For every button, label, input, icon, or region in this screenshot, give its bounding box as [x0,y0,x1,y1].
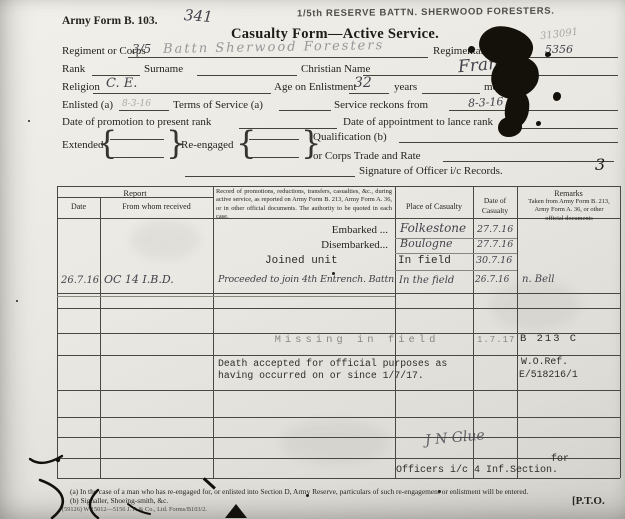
col-header-date-casualty: Date of Casualty [473,196,517,216]
table-rule [395,253,517,254]
age-value: 32 [354,75,372,91]
field-line [349,93,389,94]
entry-record: Proceeded to join 4th Entrench. Battn. [218,274,397,285]
pen-scribbles [0,430,200,519]
qualification-label: Qualification (b) [313,131,387,143]
field-line [399,142,618,143]
ink-speck [536,121,541,126]
table-rule [57,293,620,294]
open-brace: { [236,127,256,159]
regiment-value: Battn Sherwood Foresters [163,38,384,57]
entry-date: 26.7.16. [61,275,102,286]
corps-trade-label: or Corps Trade and Rate [313,150,421,162]
joined-unit-label: Joined unit [265,255,338,267]
col-header-remarks-title: Remarks [517,189,620,198]
col-header-from: From whom received [100,202,213,211]
field-line [443,161,614,162]
christian-name-label: Christian Name [301,63,370,75]
ink-speck [28,120,30,122]
officer-signature: J N Glue [424,427,485,448]
open-brace: { [97,127,117,159]
lance-rank-label: Date of appointment to lance rank [343,116,493,128]
disembarked-label: Disembarked... [216,239,388,251]
service-reckons-value: 8-3-16 [468,95,504,110]
handwritten-serial: 341 [183,6,213,26]
field-line [249,157,299,158]
embarked-date: 27.7.16 [477,224,513,235]
table-rule [395,186,396,478]
terms-label: Terms of Service (a) [173,99,263,111]
entry-remarks: n. Bell [522,274,554,285]
scanned-casualty-form: 1/5th RESERVE BATTN. SHERWOOD FORESTERS.… [0,0,625,519]
field-line [119,110,169,111]
field-line [279,110,331,111]
enlisted-value: 8-3-16 [122,99,151,109]
rank-label: Rank [62,63,85,75]
reengaged-label: Re-engaged [181,139,234,151]
death-line-2: having occurred on or since 1/7/17. [218,370,424,381]
age-label: Age on Enlistment [274,81,357,93]
table-rule [57,308,620,309]
entry-place: In the field [399,275,454,286]
ink-speck [332,272,335,275]
ink-blot [498,117,522,137]
promotion-label: Date of promotion to present rank [62,116,211,128]
enlisted-label: Enlisted (a) [62,99,113,111]
table-rule [213,186,214,478]
table-rule [57,296,395,297]
joined-unit-date: 30.7.16 [476,255,512,266]
embarked-label: Embarked ... [216,224,388,236]
table-rule [395,270,517,271]
table-rule [57,417,620,418]
pto-label: [P.T.O. [572,495,605,507]
field-line [128,57,428,58]
years-label: years [394,81,417,93]
table-rule [620,186,621,478]
signature-line [185,176,355,177]
ink-speck [16,300,18,302]
service-reckons-label: Service reckons from [334,99,428,111]
surname-label: Surname [144,63,183,75]
field-line [110,157,164,158]
table-rule [57,390,620,391]
missing-ref: B 213 C [520,333,578,345]
table-rule [517,186,518,478]
field-line [249,139,299,140]
missing-text: Missing in field [237,334,477,346]
religion-label: Religion [62,81,100,93]
field-line [449,110,618,111]
entry-from: OC 14 I.B.D. [104,273,174,286]
wo-ref-value: E/518216/1 [519,369,578,380]
field-line [197,75,297,76]
regiment-value-prefix: 3/5 [132,42,151,56]
wo-ref-label: W.O.Ref. [521,356,568,367]
col-header-report: Report [57,188,213,198]
disembarked-date: 27.7.16 [477,239,513,250]
field-line [93,93,271,94]
table-rule [57,186,620,187]
col-header-remarks-sub: Taken from Army Form B. 213, Army Form A… [525,198,613,223]
ink-triangle [225,504,247,518]
records-signature-label: Signature of Officer i/c Records. [359,165,503,177]
field-line [422,93,480,94]
disembarked-place: Boulogne [400,237,453,250]
religion-value: C. E. [106,76,137,91]
field-line [528,57,618,58]
col-header-place: Place of Casualty [395,202,473,211]
for-word: for [551,454,569,465]
officer-section-line: Officers i/c 4 Inf.Section. [396,465,558,476]
field-line [110,139,164,140]
joined-unit-place: In field [398,255,451,267]
handwritten-mark: 3 [595,155,605,174]
death-line-1: Death accepted for official purposes as [218,358,447,369]
ink-speck [306,494,309,497]
col-header-date: Date [57,202,100,211]
col-header-record: Record of promotions, reductions, transf… [216,188,392,221]
ink-speck [553,92,561,101]
embarked-place: Folkestone [400,221,466,235]
entry-date-casualty: 26.7.16 [475,275,509,285]
ink-speck [438,490,441,493]
unit-stamp: 1/5th RESERVE BATTN. SHERWOOD FORESTERS. [297,6,555,20]
missing-date: 1.7.17 [477,335,515,345]
